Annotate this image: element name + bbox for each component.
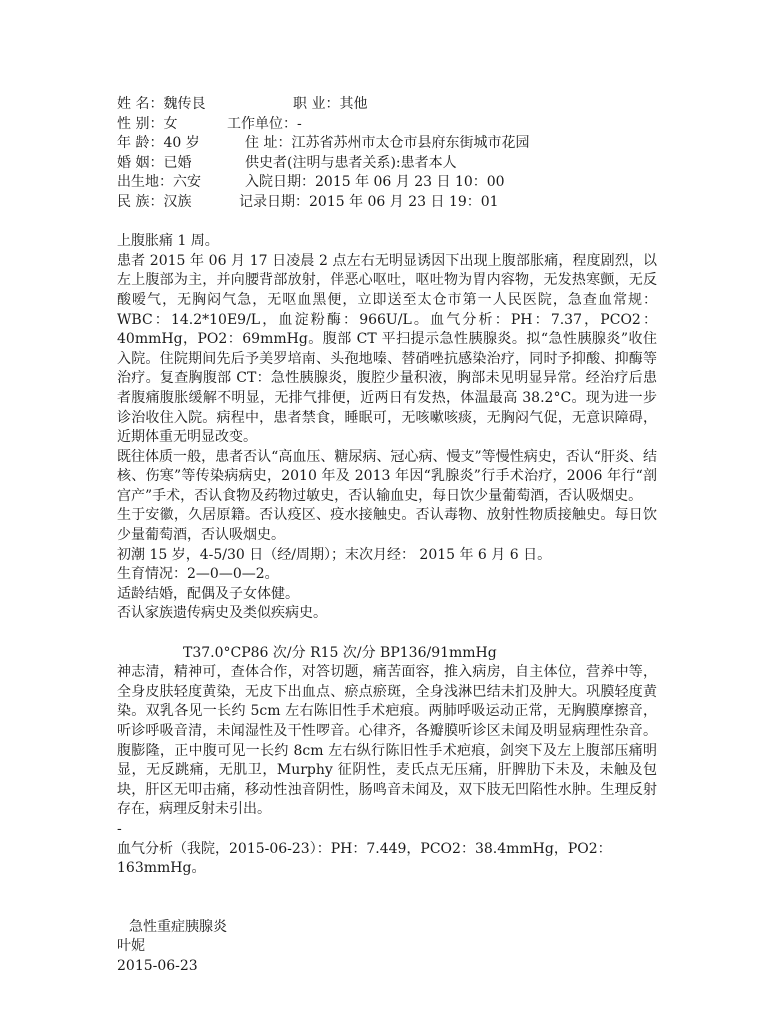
dash-line: - — [117, 820, 657, 840]
spacer — [117, 879, 657, 918]
patient-name: 姓 名：魏传艮 — [117, 95, 205, 115]
sign-date: 2015-06-23 — [117, 957, 657, 977]
vital-signs: T37.0°CP86 次/分 R15 次/分 BP136/91mmHg — [117, 644, 657, 664]
info-row-birthplace: 出生地：六安 入院日期：2015 年 06 月 23 日 10：00 — [117, 173, 657, 193]
patient-occupation: 职 业：其他 — [293, 95, 367, 115]
patient-marital-status: 婚 姻：已婚 — [117, 154, 191, 174]
spacer — [117, 213, 657, 233]
patient-address: 住 址：江苏省苏州市太仓市县府东街城市花园 — [245, 134, 529, 154]
patient-workplace: 工作单位：- — [227, 115, 302, 135]
info-row-marital: 婚 姻：已婚 供史者(注明与患者关系):患者本人 — [117, 154, 657, 174]
personal-history: 生于安徽，久居原籍。否认疫区、疫水接触史。否认毒物、放射性物质接触史。每日饮少量… — [117, 506, 657, 545]
record-date: 记录日期：2015 年 06 月 23 日 19：01 — [239, 193, 499, 213]
info-row-ethnicity: 民 族：汉族 记录日期：2015 年 06 月 23 日 19：01 — [117, 193, 657, 213]
present-illness: 患者 2015 年 06 月 17 日凌晨 2 点左右无明显诱因下出现上腹部胀痛… — [117, 252, 657, 448]
info-row-gender: 性 别：女 工作单位：- — [117, 115, 657, 135]
admission-date: 入院日期：2015 年 06 月 23 日 10：00 — [245, 173, 505, 193]
medical-record-page: 姓 名：魏传艮 职 业：其他 性 别：女 工作单位：- 年 龄：40 岁 住 址… — [117, 95, 657, 977]
info-row-age: 年 龄：40 岁 住 址：江苏省苏州市太仓市县府东街城市花园 — [117, 134, 657, 154]
doctor-name: 叶妮 — [117, 937, 657, 957]
info-row-name: 姓 名：魏传艮 职 业：其他 — [117, 95, 657, 115]
chief-complaint: 上腹胀痛 1 周。 — [117, 232, 657, 252]
patient-info-header: 姓 名：魏传艮 职 业：其他 性 别：女 工作单位：- 年 龄：40 岁 住 址… — [117, 95, 657, 213]
patient-birthplace: 出生地：六安 — [117, 173, 201, 193]
marital-history: 适龄结婚，配偶及子女体健。 — [117, 585, 657, 605]
patient-ethnicity: 民 族：汉族 — [117, 193, 191, 213]
history-provider: 供史者(注明与患者关系):患者本人 — [245, 154, 457, 174]
patient-age: 年 龄：40 岁 — [117, 134, 200, 154]
past-history: 既往体质一般，患者否认“高血压、糖尿病、冠心病、慢支”等慢性病史，否认“肝炎、结… — [117, 448, 657, 507]
physical-exam: 神志清，精神可，查体合作，对答切题，痛苦面容，推入病房，自主体位，营养中等，全身… — [117, 663, 657, 820]
reproductive-history: 生育情况：2—0—0—2。 — [117, 565, 657, 585]
spacer — [117, 624, 657, 644]
diagnosis: 急性重症胰腺炎 — [117, 918, 657, 938]
patient-gender: 性 别：女 — [117, 115, 177, 135]
menstrual-history: 初潮 15 岁，4-5/30 日（经/周期）；末次月经： 2015 年 6 月 … — [117, 546, 657, 566]
family-history: 否认家族遗传病史及类似疾病史。 — [117, 604, 657, 624]
blood-gas-result: 血气分析（我院，2015-06-23）：PH：7.449，PCO2：38.4mm… — [117, 840, 657, 879]
